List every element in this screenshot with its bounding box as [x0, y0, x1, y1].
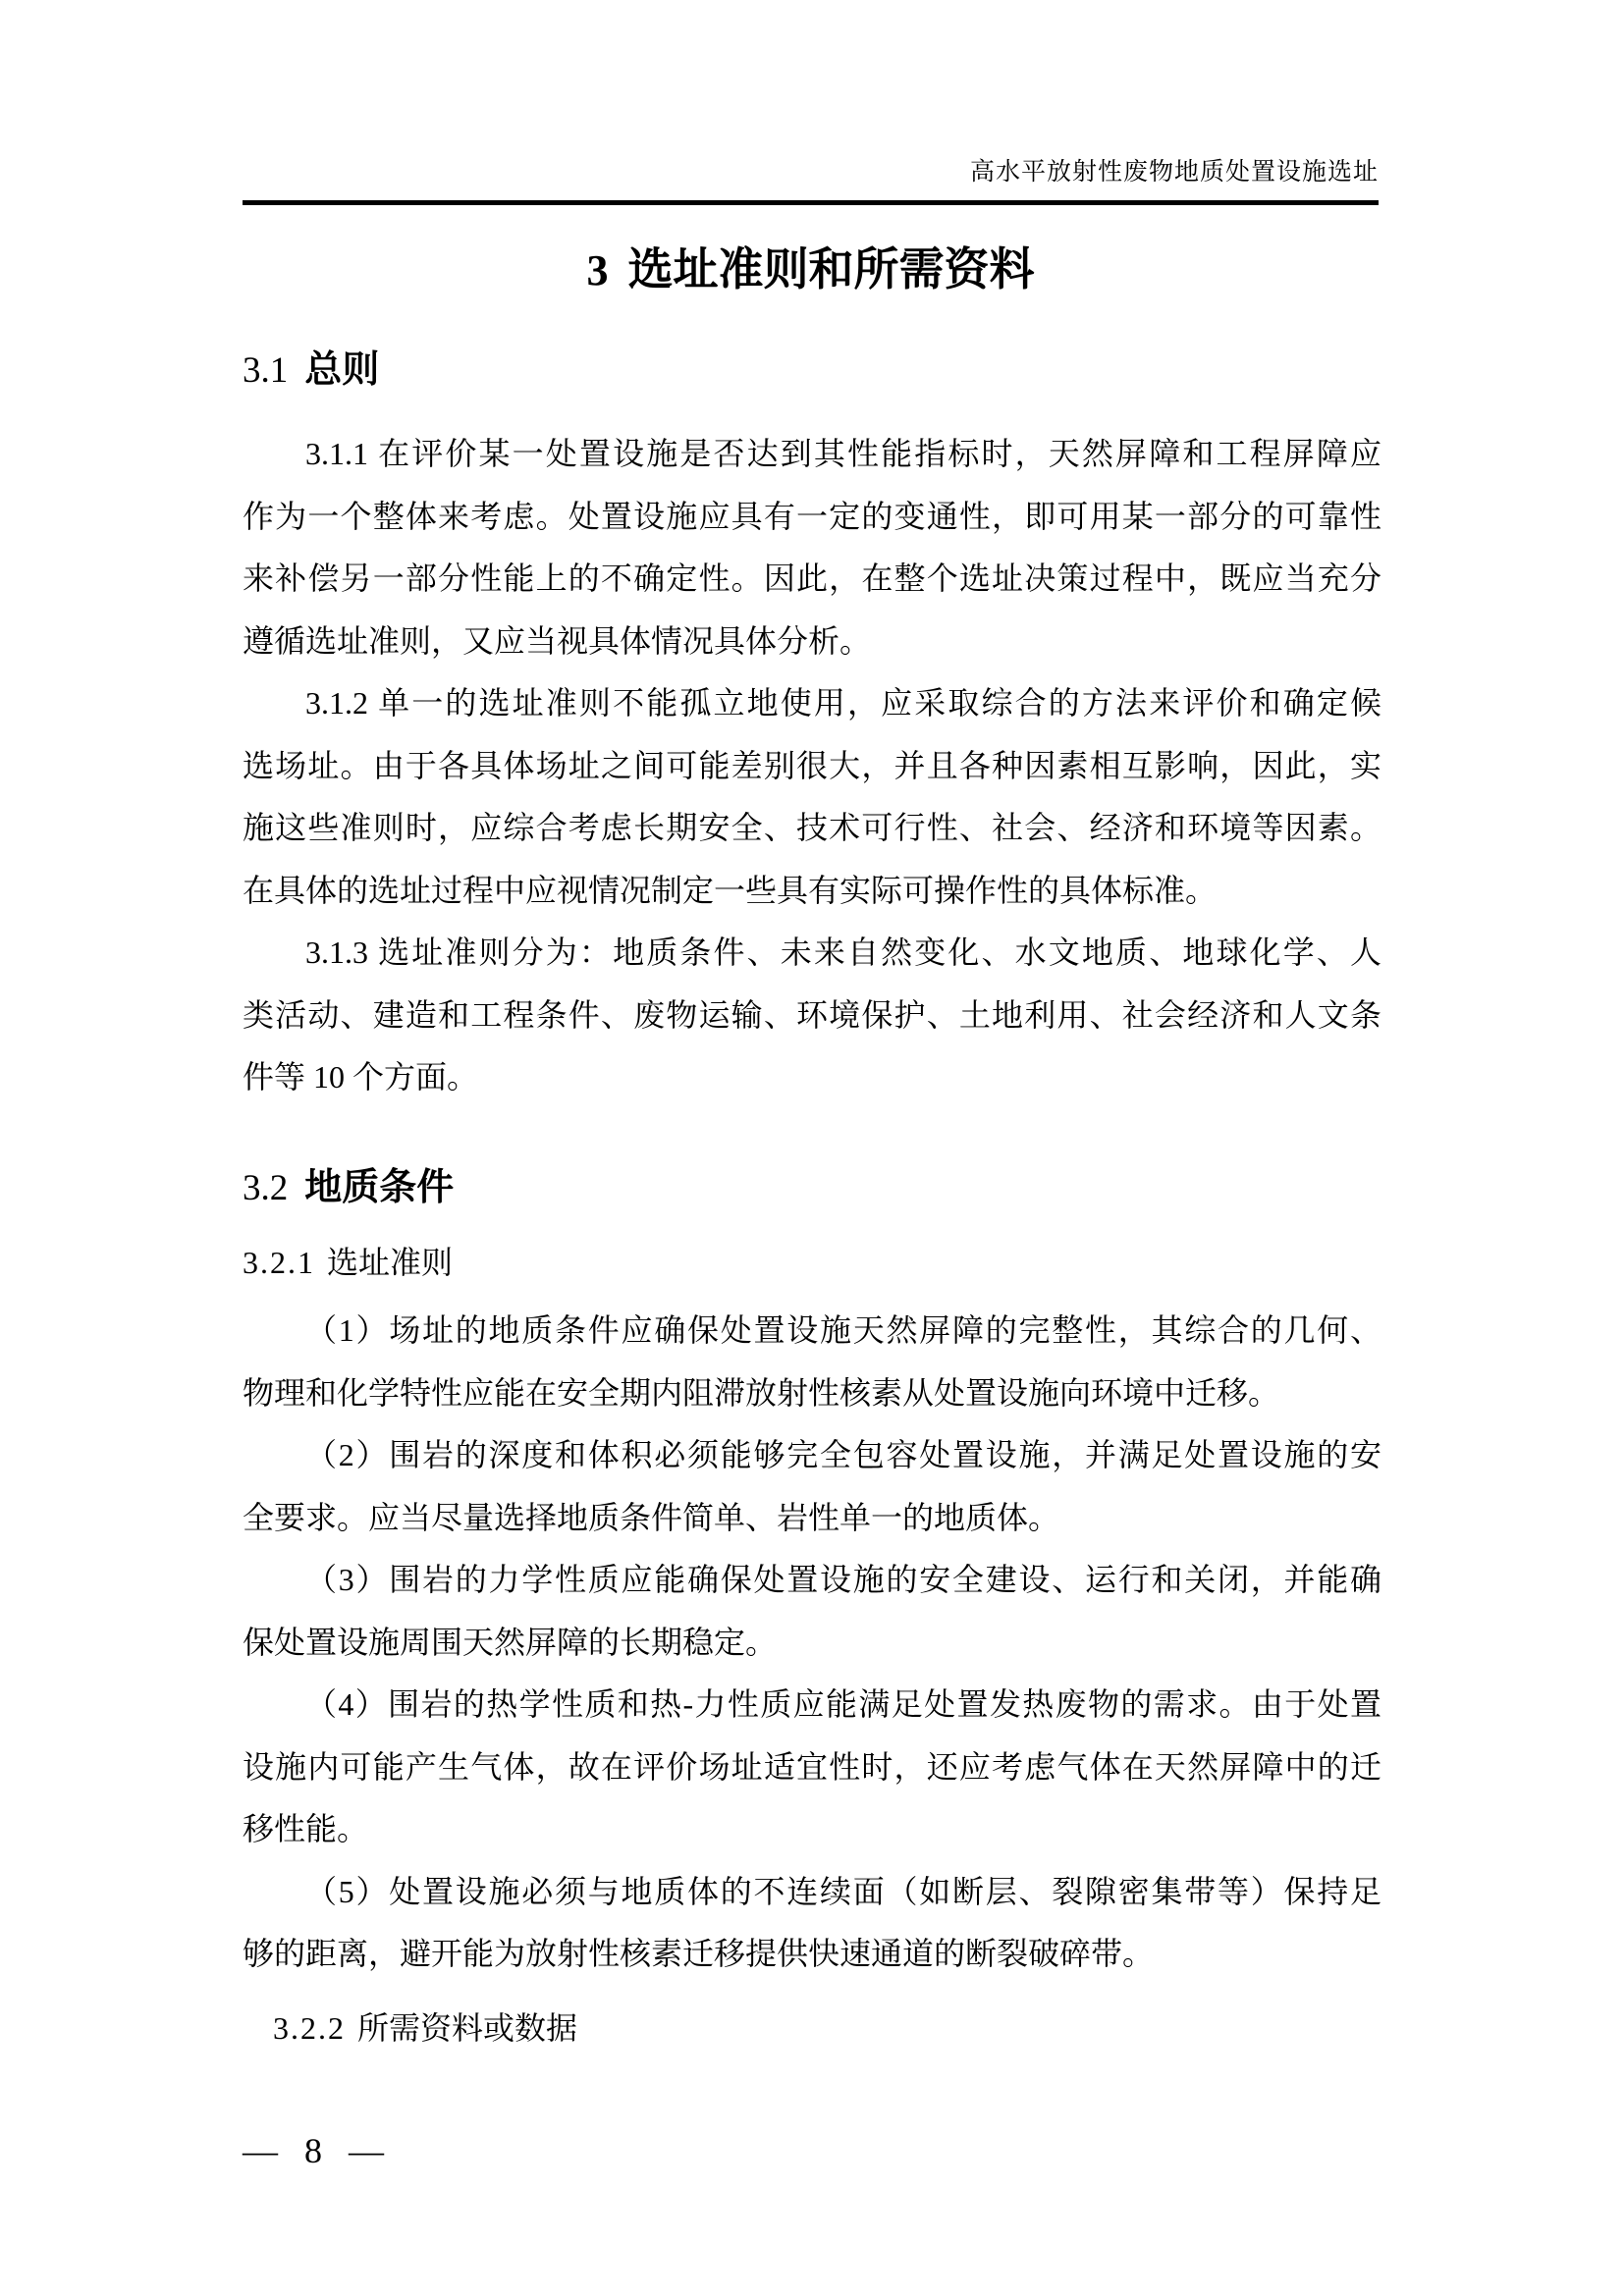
- body-line: 3.1.3 选址准则分为：地质条件、未来自然变化、水文地质、地球化学、人: [243, 922, 1381, 985]
- page-footer: — 8 —: [243, 2132, 384, 2171]
- body-line: 遵循选址准则，又应当视具体情况具体分析。: [243, 611, 1381, 673]
- body-line: （1）场址的地质条件应确保处置设施天然屏障的完整性，其综合的几何、: [243, 1300, 1381, 1362]
- body-line: 作为一个整体来考虑。处置设施应具有一定的变通性，即可用某一部分的可靠性: [243, 486, 1381, 549]
- page-number: 8: [304, 2132, 322, 2171]
- body-line: 来补偿另一部分性能上的不确定性。因此，在整个选址决策过程中，既应当充分: [243, 548, 1381, 611]
- body-line: 在具体的选址过程中应视情况制定一些具有实际可操作性的具体标准。: [243, 860, 1381, 923]
- section-title-text: 地质条件: [304, 1167, 454, 1208]
- body-line: 件等 10 个方面。: [243, 1046, 1381, 1109]
- chapter-number: 3: [587, 246, 609, 294]
- section-heading-3-2: 3.2地质条件: [243, 1169, 454, 1208]
- body-line: 选场址。由于各具体场址之间可能差别很大，并且各种因素相互影响，因此，实: [243, 735, 1381, 798]
- subsection-title-text: 选址准则: [327, 1245, 453, 1280]
- body-line: 3.1.1 在评价某一处置设施是否达到其性能指标时，天然屏障和工程屏障应: [243, 423, 1381, 486]
- body-line: 类活动、建造和工程条件、废物运输、环境保护、土地利用、社会经济和人文条: [243, 985, 1381, 1047]
- chapter-title-text: 选址准则和所需资料: [628, 243, 1035, 294]
- footer-right-dash: —: [349, 2132, 384, 2171]
- document-page: 高水平放射性废物地质处置设施选址 3选址准则和所需资料 3.1总则 3.1.1 …: [0, 0, 1624, 2296]
- section-title-text: 总则: [304, 349, 379, 391]
- body-line: （3）围岩的力学性质应能确保处置设施的安全建设、运行和关闭，并能确: [243, 1549, 1381, 1612]
- body-line: 3.1.2 单一的选址准则不能孤立地使用，应采取综合的方法来评价和确定候: [243, 672, 1381, 735]
- subsection-number: 3.2.2: [273, 2010, 346, 2046]
- body-line: （2）围岩的深度和体积必须能够完全包容处置设施，并满足处置设施的安: [243, 1424, 1381, 1487]
- section-number: 3.2: [243, 1168, 288, 1208]
- section-heading-3-1: 3.1总则: [243, 351, 379, 391]
- footer-left-dash: —: [243, 2132, 278, 2171]
- body-line: （5）处置设施必须与地质体的不连续面（如断层、裂隙密集带等）保持足: [243, 1861, 1381, 1924]
- body-block-geological-criteria: （1）场址的地质条件应确保处置设施天然屏障的完整性，其综合的几何、物理和化学特性…: [243, 1300, 1381, 1986]
- body-line: 保处置设施周围天然屏障的长期稳定。: [243, 1612, 1381, 1675]
- body-line: 施这些准则时，应综合考虑长期安全、技术可行性、社会、经济和环境等因素。: [243, 797, 1381, 860]
- body-line: （4）围岩的热学性质和热-力性质应能满足处置发热废物的需求。由于处置: [243, 1674, 1381, 1736]
- subsection-title-text: 所需资料或数据: [357, 2010, 577, 2046]
- subsection-heading-3-2-1: 3.2.1选址准则: [243, 1246, 453, 1280]
- page-header-text: 高水平放射性废物地质处置设施选址: [243, 158, 1379, 187]
- subsection-number: 3.2.1: [243, 1245, 315, 1280]
- body-line: 设施内可能产生气体，故在评价场址适宜性时，还应考虑气体在天然屏障中的迁: [243, 1736, 1381, 1799]
- body-line: 全要求。应当尽量选择地质条件简单、岩性单一的地质体。: [243, 1487, 1381, 1550]
- body-line: 移性能。: [243, 1798, 1381, 1861]
- section-number: 3.1: [243, 350, 288, 391]
- header-rule-divider: [243, 200, 1379, 205]
- body-line: 物理和化学特性应能在安全期内阻滞放射性核素从处置设施向环境中迁移。: [243, 1362, 1381, 1425]
- subsection-heading-3-2-2: 3.2.2所需资料或数据: [273, 2011, 577, 2046]
- chapter-title: 3选址准则和所需资料: [243, 245, 1379, 294]
- body-line: 够的距离，避开能为放射性核素迁移提供快速通道的断裂破碎带。: [243, 1923, 1381, 1986]
- body-block-general-principles: 3.1.1 在评价某一处置设施是否达到其性能指标时，天然屏障和工程屏障应作为一个…: [243, 423, 1381, 1109]
